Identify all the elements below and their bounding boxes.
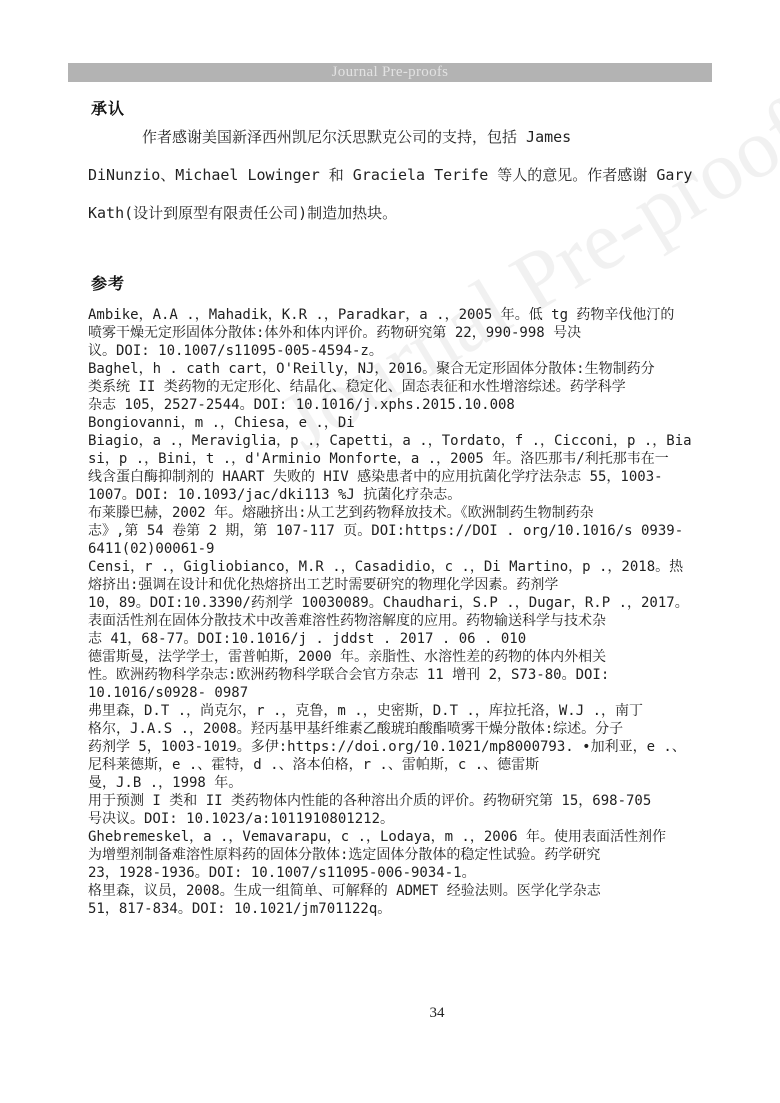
text-line: Biagio，a .，Meraviglia，p .，Capetti，a .，To… xyxy=(88,432,733,450)
text-line: 51，817-834。DOI: 10.1021/jm701122q。 xyxy=(88,900,733,918)
text-line: 用于预测 I 类和 II 类药物体内性能的各种溶出介质的评价。药物研究第 15，… xyxy=(88,792,733,810)
text-line: 志 41，68-77。DOI:10.1016/j . jddst . 2017 … xyxy=(88,630,733,648)
text-line: 布莱滕巴赫，2002 年。熔融挤出:从工艺到药物释放技术。《欧洲制药生物制药杂 xyxy=(88,504,733,522)
journal-header-title: Journal Pre-proofs xyxy=(332,64,449,80)
text-line: 10.1016/s0928- 0987 xyxy=(88,684,733,702)
text-line: 作者感谢美国新泽西州凯尼尔沃思默克公司的支持，包括 James xyxy=(88,118,728,156)
text-line: 性。欧洲药物科学杂志:欧洲药物科学联合会官方杂志 11 增刊 2，S73-80。… xyxy=(88,666,733,684)
text-line: 格尔，J.A.S .，2008。羟丙基甲基纤维素乙酸琥珀酸酯喷雾干燥分散体:综述… xyxy=(88,720,733,738)
journal-header-bar: Journal Pre-proofs xyxy=(68,63,712,82)
text-line: Baghel，h . cath cart，O'Reilly，NJ，2016。聚合… xyxy=(88,360,733,378)
text-line: 议。DOI: 10.1007/s11095-005-4594-z。 xyxy=(88,342,733,360)
acknowledgments-heading: 承认 xyxy=(91,96,125,119)
text-line: Kath(设计到原型有限责任公司)制造加热块。 xyxy=(88,194,728,232)
text-line: 格里森，议员，2008。生成一组简单、可解释的 ADMET 经验法则。医学化学杂… xyxy=(88,882,733,900)
text-line: 杂志 105，2527-2544。DOI: 10.1016/j.xphs.201… xyxy=(88,396,733,414)
text-line: 曼，J.B .，1998 年。 xyxy=(88,774,733,792)
text-line: 志》,第 54 卷第 2 期，第 107-117 页。DOI:https://D… xyxy=(88,522,733,540)
references-list: Ambike，A.A .，Mahadik，K.R .，Paradkar，a .，… xyxy=(88,306,733,918)
text-line: 号决议。DOI: 10.1023/a:1011910801212。 xyxy=(88,810,733,828)
acknowledgments-paragraph: 作者感谢美国新泽西州凯尼尔沃思默克公司的支持，包括 JamesDiNunzio、… xyxy=(88,118,728,232)
text-line: 熔挤出:强调在设计和优化热熔挤出工艺时需要研究的物理化学因素。药剂学 xyxy=(88,576,733,594)
text-line: DiNunzio、Michael Lowinger 和 Graciela Ter… xyxy=(88,156,728,194)
text-line: 为增塑剂制备难溶性原料药的固体分散体:选定固体分散体的稳定性试验。药学研究 xyxy=(88,846,733,864)
text-line: Censi，r .，Gigliobianco，M.R .，Casadidio，c… xyxy=(88,558,733,576)
references-heading: 参考 xyxy=(91,271,125,294)
text-line: 药剂学 5，1003-1019。多伊:https://doi.org/10.10… xyxy=(88,738,733,756)
text-line: 6411(02)00061-9 xyxy=(88,540,733,558)
text-line: 表面活性剂在固体分散技术中改善难溶性药物溶解度的应用。药物输送科学与技术杂 xyxy=(88,612,733,630)
text-line: 10，89。DOI:10.3390/药剂学 10030089。Chaudhari… xyxy=(88,594,733,612)
text-line: si，p .，Bini，t .，d'Arminio Monforte，a .，2… xyxy=(88,450,733,468)
text-line: 1007。DOI: 10.1093/jac/dki113 %J 抗菌化疗杂志。 xyxy=(88,486,733,504)
text-line: 23，1928-1936。DOI: 10.1007/s11095-006-903… xyxy=(88,864,733,882)
document-page: Journal Pre-proofs Journal Pre-proofs 承认… xyxy=(0,0,780,1103)
text-line: 喷雾干燥无定形固体分散体:体外和体内评价。药物研究第 22，990-998 号决 xyxy=(88,324,733,342)
text-line: Ambike，A.A .，Mahadik，K.R .，Paradkar，a .，… xyxy=(88,306,733,324)
text-line: Ghebremeskel，a .，Vemavarapu，c .，Lodaya，m… xyxy=(88,828,733,846)
page-number: 34 xyxy=(430,1005,445,1022)
text-line: Bongiovanni，m .，Chiesa，e .，Di xyxy=(88,414,733,432)
text-line: 类系统 II 类药物的无定形化、结晶化、稳定化、固态表征和水性增溶综述。药学科学 xyxy=(88,378,733,396)
text-line: 尼科莱德斯，e .、霍特，d .、洛本伯格，r .、雷帕斯，c .、德雷斯 xyxy=(88,756,733,774)
text-line: 弗里森，D.T .，尚克尔，r .，克鲁，m .，史密斯，D.T .，库拉托洛，… xyxy=(88,702,733,720)
text-line: 线含蛋白酶抑制剂的 HAART 失败的 HIV 感染患者中的应用抗菌化学疗法杂志… xyxy=(88,468,733,486)
text-line: 德雷斯曼，法学学士，雷普帕斯，2000 年。亲脂性、水溶性差的药物的体内外相关 xyxy=(88,648,733,666)
